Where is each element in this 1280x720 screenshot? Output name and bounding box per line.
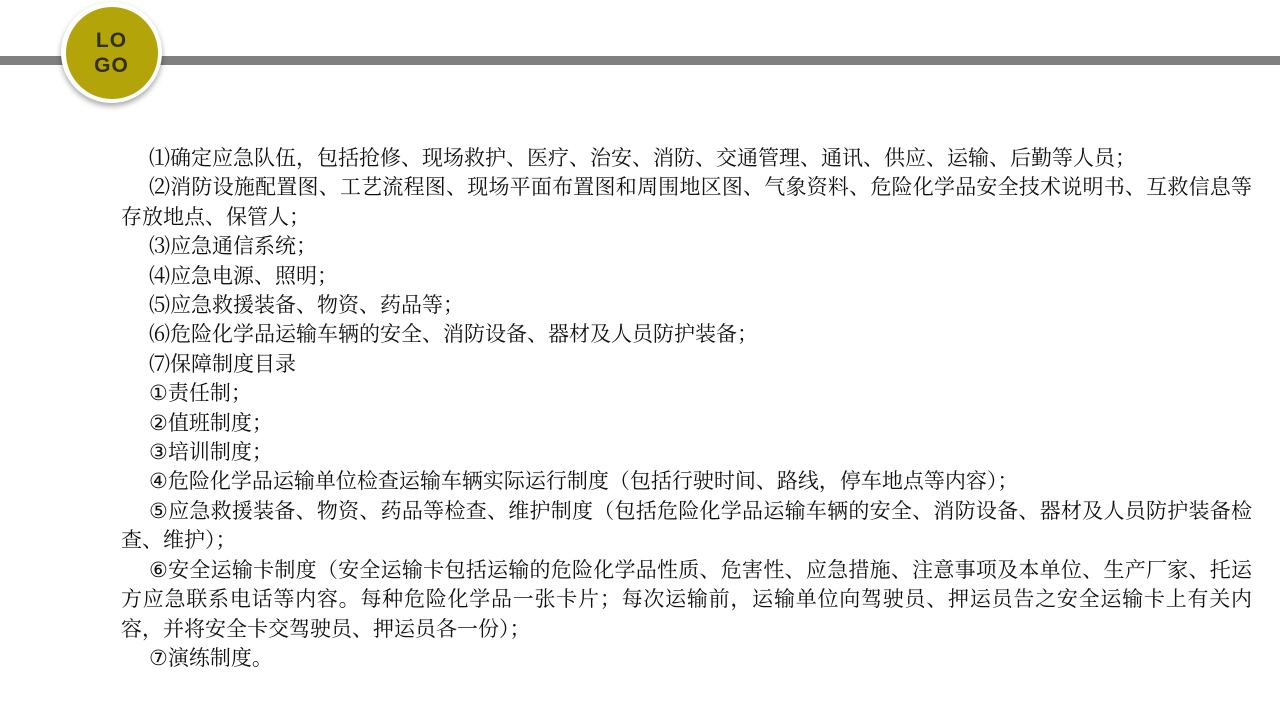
- paragraph-10: ③培训制度；: [121, 438, 1252, 467]
- paragraph-11: ④危险化学品运输单位检查运输车辆实际运行制度（包括行驶时间、路线，停车地点等内容…: [121, 467, 1252, 496]
- body-text: ⑴确定应急队伍，包括抢修、现场救护、医疗、治安、消防、交通管理、通讯、供应、运输…: [121, 144, 1252, 673]
- paragraph-7: ⑺保障制度目录: [121, 350, 1252, 379]
- logo-badge: LO GO: [61, 2, 162, 103]
- paragraph-4: ⑷应急电源、照明；: [121, 262, 1252, 291]
- slide: LO GO ⑴确定应急队伍，包括抢修、现场救护、医疗、治安、消防、交通管理、通讯…: [0, 0, 1280, 720]
- paragraph-2: ⑵消防设施配置图、工艺流程图、现场平面布置图和周围地区图、气象资料、危险化学品安…: [121, 173, 1252, 232]
- logo-icon: LO GO: [66, 7, 158, 99]
- paragraph-14: ⑦演练制度。: [121, 644, 1252, 673]
- paragraph-9: ②值班制度；: [121, 409, 1252, 438]
- header-divider: [0, 56, 1280, 65]
- paragraph-8: ①责任制；: [121, 379, 1252, 408]
- logo-text-line1: LO: [96, 28, 127, 53]
- paragraph-12: ⑤应急救援装备、物资、药品等检查、维护制度（包括危险化学品运输车辆的安全、消防设…: [121, 497, 1252, 556]
- paragraph-13: ⑥安全运输卡制度（安全运输卡包括运输的危险化学品性质、危害性、应急措施、注意事项…: [121, 556, 1252, 644]
- paragraph-1: ⑴确定应急队伍，包括抢修、现场救护、医疗、治安、消防、交通管理、通讯、供应、运输…: [121, 144, 1252, 173]
- paragraph-5: ⑸应急救援装备、物资、药品等；: [121, 291, 1252, 320]
- logo-text-line2: GO: [94, 53, 129, 78]
- paragraph-6: ⑹危险化学品运输车辆的安全、消防设备、器材及人员防护装备；: [121, 320, 1252, 349]
- paragraph-3: ⑶应急通信系统；: [121, 232, 1252, 261]
